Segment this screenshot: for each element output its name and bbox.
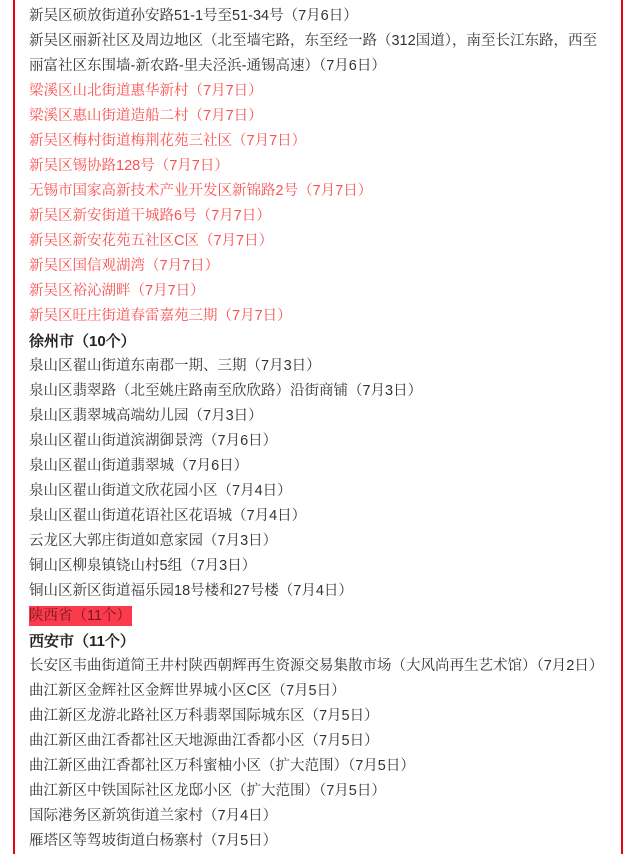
list-item-recent: 新吴区旺庄街道春雷嘉苑三期（7月7日） — [29, 304, 621, 329]
list-item: 雁塔区等驾坡街道白杨寨村（7月5日） — [29, 829, 621, 854]
list-item: 铜山区新区街道福乐园18号楼和27号楼（7月4日） — [29, 579, 621, 604]
list-item: 泉山区翟山街道东南郡一期、三期（7月3日） — [29, 354, 621, 379]
list-item: 曲江新区中铁国际社区龙邸小区（扩大范围）（7月5日） — [29, 779, 621, 804]
list-item: 泉山区翟山街道翡翠城（7月6日） — [29, 454, 621, 479]
list-item-recent: 新吴区锡协路128号（7月7日） — [29, 154, 621, 179]
list-item-recent: 梁溪区惠山街道造船二村（7月7日） — [29, 104, 621, 129]
list-item: 泉山区翡翠路（北至姚庄路南至欣欣路）沿街商铺（7月3日） — [29, 379, 621, 404]
list-item: 丽富社区东围墙-新农路-里夫泾浜-通锡高速）（7月6日） — [29, 54, 621, 79]
list-item-recent: 新吴区国信观湖湾（7月7日） — [29, 254, 621, 279]
list-item: 曲江新区龙游北路社区万科翡翠国际城东区（7月5日） — [29, 704, 621, 729]
list-item: 新吴区丽新社区及周边地区（北至墙宅路，东至经一路（312国道），南至长江东路，西… — [29, 29, 621, 54]
list-item: 泉山区翡翠城高端幼儿园（7月3日） — [29, 404, 621, 429]
list-item-recent: 无锡市国家高新技术产业开发区新锦路2号（7月7日） — [29, 179, 621, 204]
risk-area-list: 新吴区硕放街道孙安路51-1号至51-34号（7月6日）新吴区丽新社区及周边地区… — [29, 4, 621, 854]
highlight-marker: 陕西省（11个） — [29, 606, 132, 626]
list-item-recent: 新吴区梅村街道梅荆花苑三社区（7月7日） — [29, 129, 621, 154]
list-item: 长安区韦曲街道简王井村陕西朝辉再生资源交易集散市场（大风尚再生艺术馆）（7月2日… — [29, 654, 621, 679]
list-item: 云龙区大郭庄街道如意家园（7月3日） — [29, 529, 621, 554]
city-header: 西安市（11个） — [29, 629, 621, 654]
list-item: 曲江新区金辉社区金辉世界城小区C区（7月5日） — [29, 679, 621, 704]
list-item: 国际港务区新筑街道兰家村（7月4日） — [29, 804, 621, 829]
list-item: 曲江新区曲江香都社区天地源曲江香都小区（7月5日） — [29, 729, 621, 754]
list-item: 曲江新区曲江香都社区万科蜜柚小区（扩大范围）（7月5日） — [29, 754, 621, 779]
risk-area-article-panel: 新吴区硕放街道孙安路51-1号至51-34号（7月6日）新吴区丽新社区及周边地区… — [0, 0, 635, 854]
right-red-border — [621, 0, 623, 854]
province-header: 陕西省（11个） — [29, 604, 621, 629]
list-item-recent: 新吴区裕沁湖畔（7月7日） — [29, 279, 621, 304]
list-item-recent: 梁溪区山北街道惠华新村（7月7日） — [29, 79, 621, 104]
list-item-recent: 新吴区新安花苑五社区C区（7月7日） — [29, 229, 621, 254]
city-header: 徐州市（10个） — [29, 329, 621, 354]
left-red-border — [13, 0, 15, 854]
list-item: 泉山区翟山街道文欣花园小区（7月4日） — [29, 479, 621, 504]
list-item: 泉山区翟山街道滨湖御景湾（7月6日） — [29, 429, 621, 454]
list-item: 新吴区硕放街道孙安路51-1号至51-34号（7月6日） — [29, 4, 621, 29]
list-item: 铜山区柳泉镇铙山村5组（7月3日） — [29, 554, 621, 579]
list-item-recent: 新吴区新安街道干城路6号（7月7日） — [29, 204, 621, 229]
list-item: 泉山区翟山街道花语社区花语城（7月4日） — [29, 504, 621, 529]
